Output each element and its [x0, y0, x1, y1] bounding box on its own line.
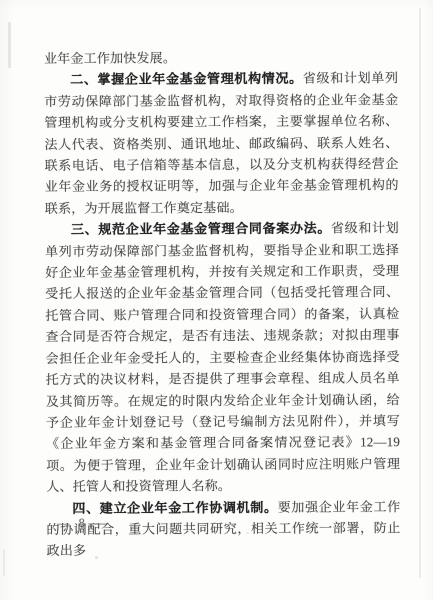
scan-artifact-left-top [8, 22, 11, 68]
paragraph-lead: 三、规范企业年金基金管理合同备案办法。 [71, 221, 331, 237]
scan-artifact-left-bottom [3, 550, 5, 576]
paragraph: 二、掌握企业年金基金管理机构情况。省级和计划单列市劳动保障部门基金监督机构，对取… [44, 68, 399, 220]
scanned-document-page: 业年金工作加快发展。 二、掌握企业年金基金管理机构情况。省级和计划单列市劳动保障… [0, 0, 433, 600]
paragraph: 业年金工作加快发展。 [44, 46, 398, 69]
paragraph-body: 省级和计划单列市劳动保障部门基金监督机构，要指导企业和职工选择好企业年金基金管理… [45, 220, 400, 494]
paragraph-lead: 四、建立企业年金工作协调机制。 [72, 499, 277, 515]
text-block: 业年金工作加快发展。 二、掌握企业年金基金管理机构情况。省级和计划单列市劳动保障… [44, 46, 401, 562]
paragraph-lead: 二、掌握企业年金基金管理机构情况。 [70, 71, 303, 87]
paragraph: 三、规范企业年金基金管理合同备案办法。省级和计划单列市劳动保障部门基金监督机构，… [45, 217, 400, 497]
page-number: — 8 — [57, 516, 110, 531]
paragraph-body: 省级和计划单列市劳动保障部门基金监督机构，对取得资格的企业年金基金管理机构或分支… [44, 71, 399, 216]
paragraph-body: 业年金工作加快发展。 [44, 50, 176, 66]
scan-artifact-right-edge [419, 8, 421, 578]
